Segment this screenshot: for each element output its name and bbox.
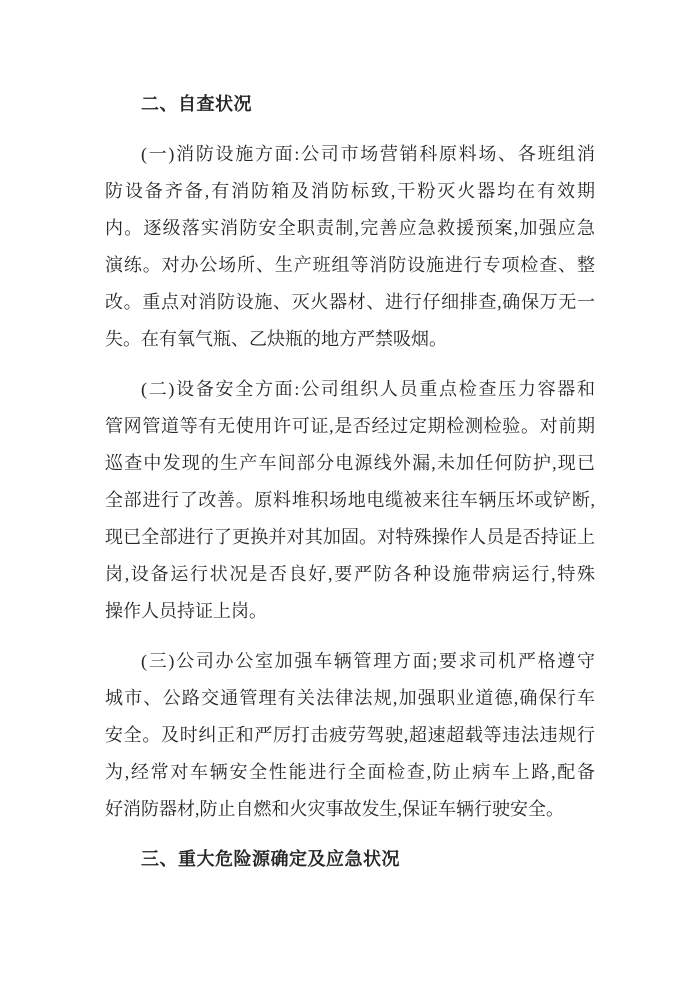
text-line: (二)设备安全方面:公司组织人员重点检查压力容器和 (105, 371, 595, 408)
paragraph-vehicle-management: (三)公司办公室加强车辆管理方面;要求司机严格遵守 城市、公路交通管理有关法律法… (105, 643, 595, 828)
text-line: 管网管道等有无使用许可证,是否经过定期检测检验。对前期 (105, 408, 595, 445)
section-heading-self-check: 二、自查状况 (105, 86, 595, 123)
text-line: 巡查中发现的生产车间部分电源线外漏,未加任何防护,现已 (105, 445, 595, 482)
document-page: 二、自查状况 (一)消防设施方面:公司市场营销科原料场、各班组消 防设备齐备,有… (0, 0, 700, 990)
text-line: 防设备齐备,有消防箱及消防标致,干粉灭火器均在有效期 (105, 173, 595, 210)
text-line: (一)消防设施方面:公司市场营销科原料场、各班组消 (105, 136, 595, 173)
text-line: 操作人员持证上岗。 (105, 593, 595, 630)
text-line: 岗,设备运行状况是否良好,要严防各种设施带病运行,特殊 (105, 556, 595, 593)
text-line: 好消防器材,防止自燃和火灾事故发生,保证车辆行驶安全。 (105, 791, 595, 828)
text-line: 演练。对办公场所、生产班组等消防设施进行专项检查、整 (105, 247, 595, 284)
text-line: (三)公司办公室加强车辆管理方面;要求司机严格遵守 (105, 643, 595, 680)
text-line: 全部进行了改善。原料堆积场地电缆被来往车辆压坏或铲断, (105, 482, 595, 519)
section-heading-major-hazard: 三、重大危险源确定及应急状况 (105, 841, 595, 878)
text-line: 失。在有氧气瓶、乙炔瓶的地方严禁吸烟。 (105, 321, 595, 358)
text-line: 为,经常对车辆安全性能进行全面检查,防止病车上路,配备 (105, 754, 595, 791)
paragraph-equipment-safety: (二)设备安全方面:公司组织人员重点检查压力容器和 管网管道等有无使用许可证,是… (105, 371, 595, 630)
text-line: 现已全部进行了更换并对其加固。对特殊操作人员是否持证上 (105, 519, 595, 556)
text-line: 安全。及时纠正和严厉打击疲劳驾驶,超速超载等违法违规行 (105, 717, 595, 754)
text-line: 城市、公路交通管理有关法律法规,加强职业道德,确保行车 (105, 680, 595, 717)
text-line: 内。逐级落实消防安全职责制,完善应急救援预案,加强应急 (105, 210, 595, 247)
paragraph-fire-facilities: (一)消防设施方面:公司市场营销科原料场、各班组消 防设备齐备,有消防箱及消防标… (105, 136, 595, 358)
text-line: 改。重点对消防设施、灭火器材、进行仔细排查,确保万无一 (105, 284, 595, 321)
